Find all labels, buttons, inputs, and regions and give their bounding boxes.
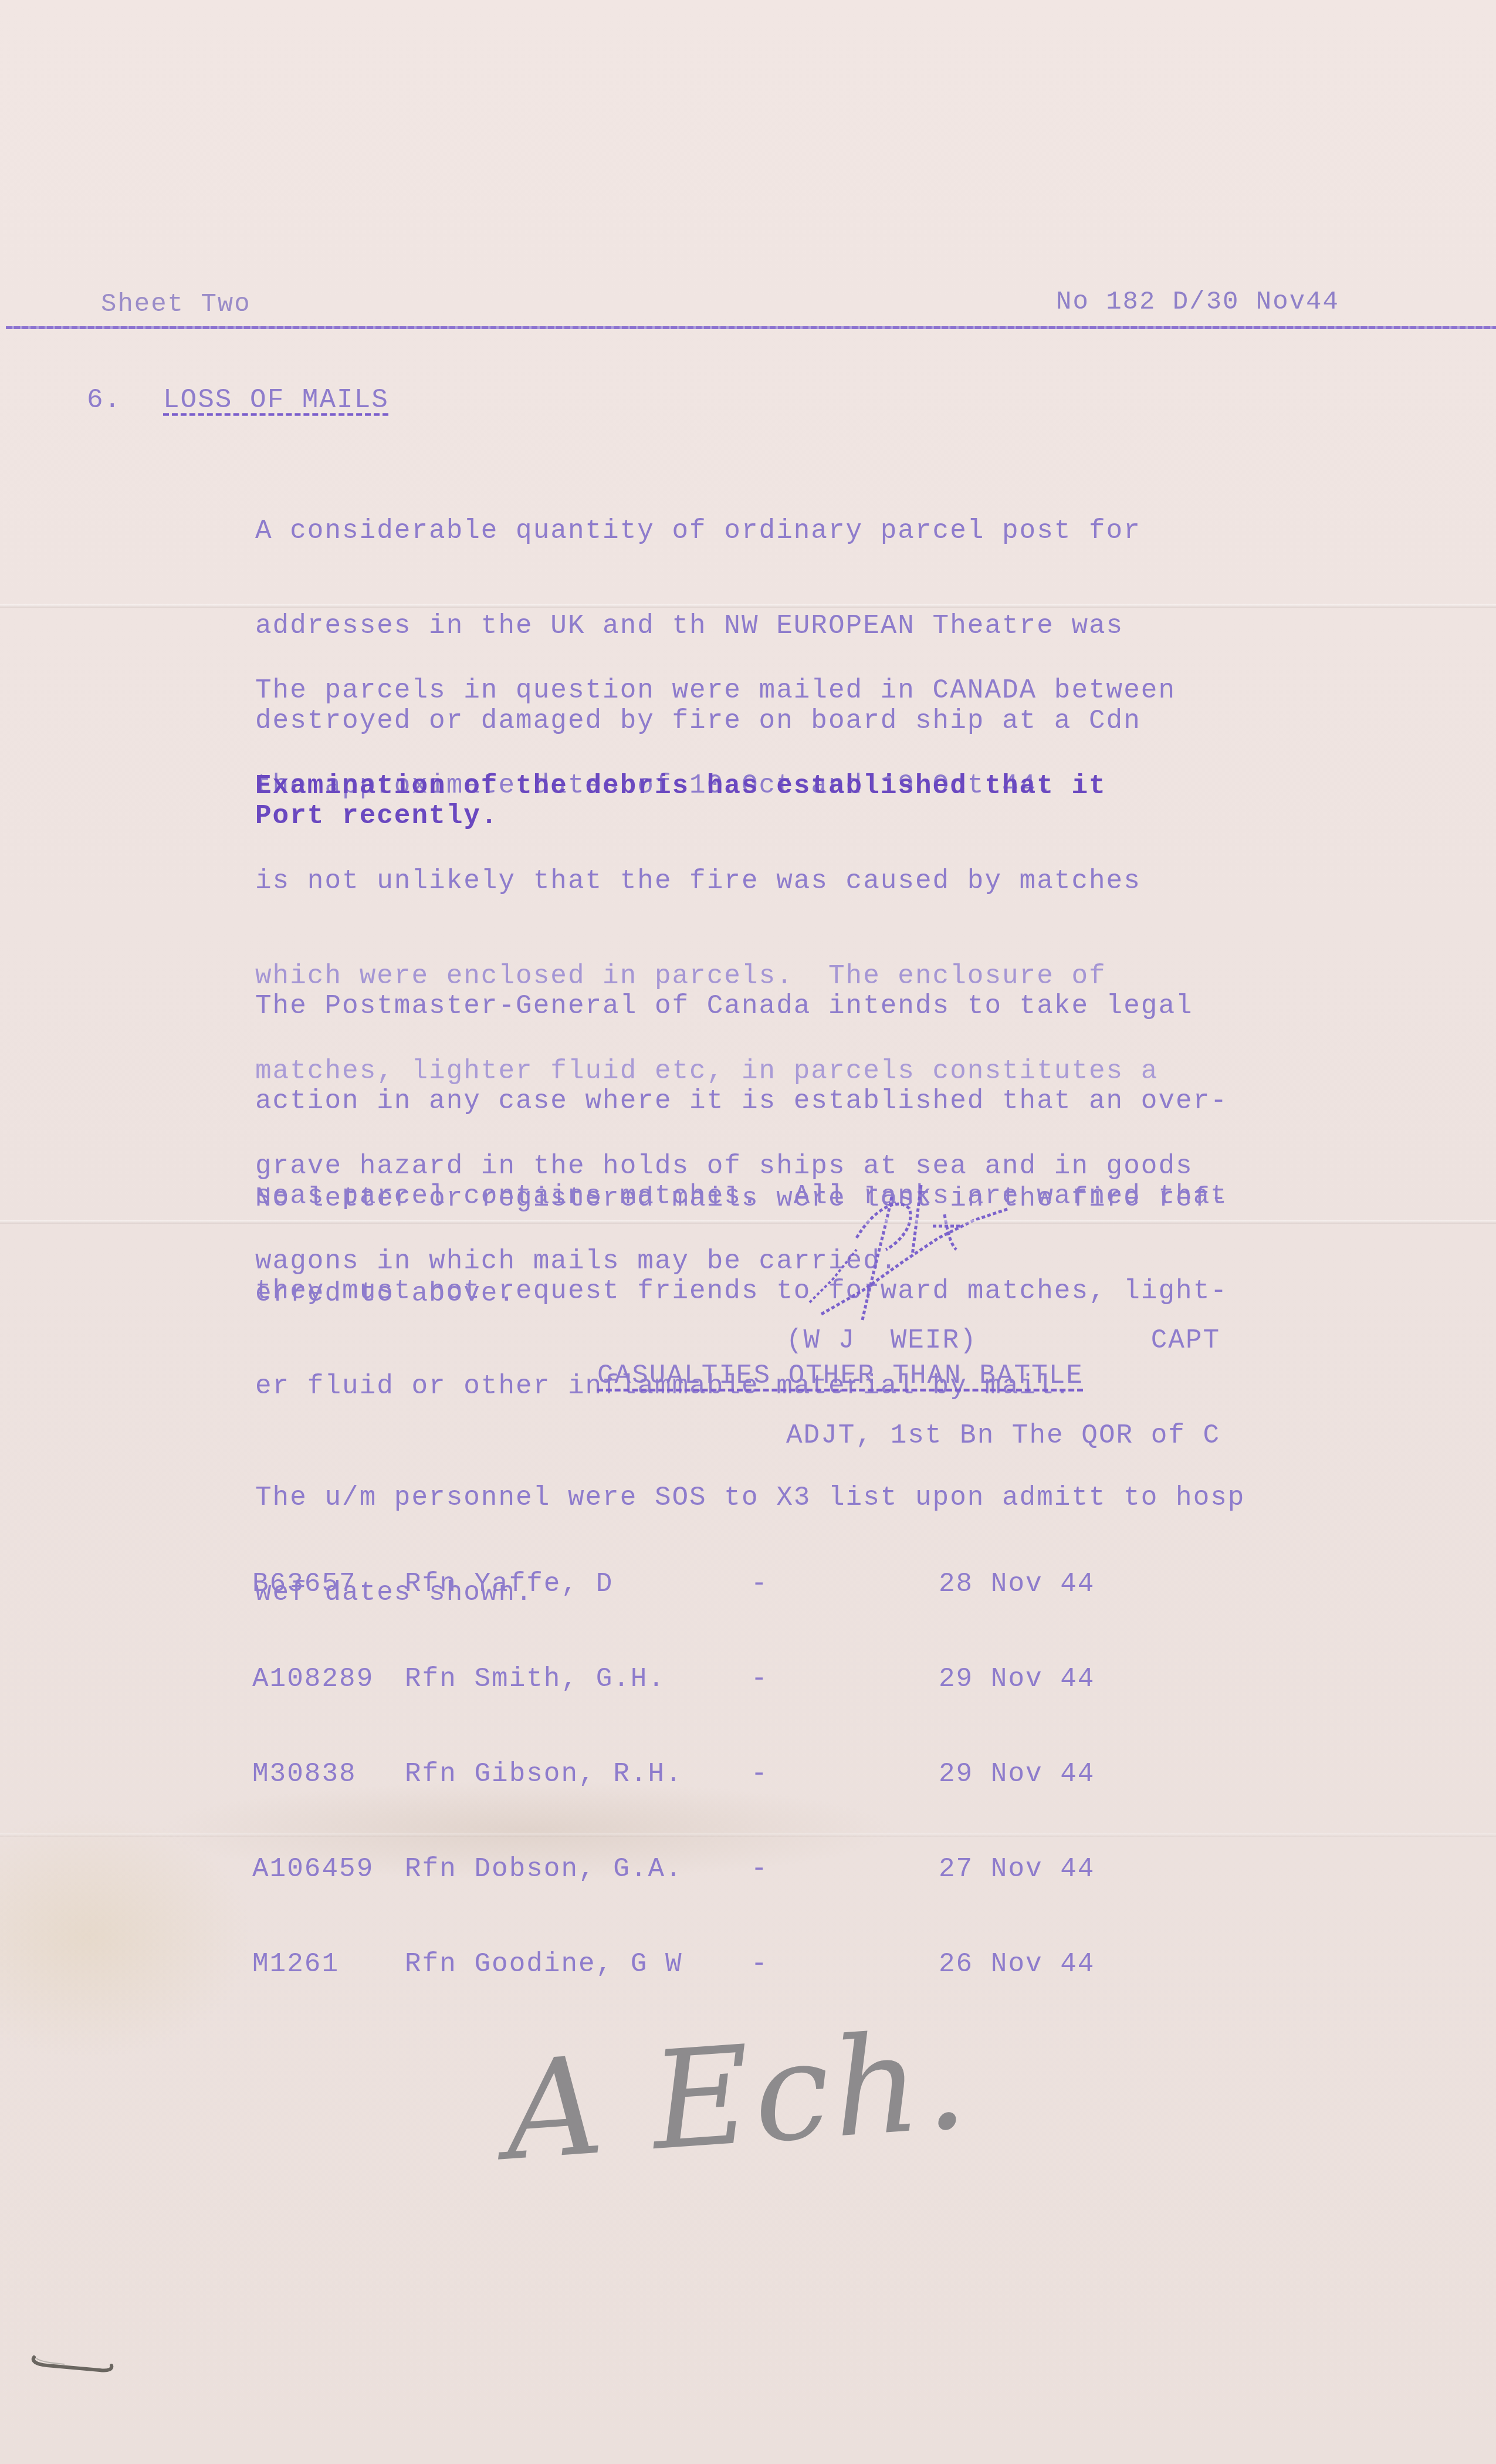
table-row: A108289 Rfn Smith, G.H. - 29 Nov 44: [252, 1663, 1173, 1695]
document-reference: No 182 D/30 Nov44: [1056, 286, 1339, 318]
service-number: A108289: [252, 1663, 405, 1695]
service-number: B63657: [252, 1568, 405, 1600]
separator: -: [751, 1568, 939, 1600]
table-row: M30838 Rfn Gibson, R.H. - 29 Nov 44: [252, 1758, 1173, 1790]
admit-date: 26 Nov 44: [939, 1948, 1173, 1980]
admit-date: 27 Nov 44: [939, 1853, 1173, 1885]
separator: -: [751, 1758, 939, 1790]
service-number: M30838: [252, 1758, 405, 1790]
pencil-annotation: A Ech.: [500, 2002, 975, 2191]
text-line: A considerable quantity of ordinary parc…: [255, 515, 1370, 547]
service-number: M1261: [252, 1948, 405, 1980]
section-title: LOSS OF MAILS: [163, 384, 389, 416]
service-number: A106459: [252, 1853, 405, 1885]
admit-date: 29 Nov 44: [939, 1663, 1173, 1695]
paper-fold: [0, 1833, 1496, 1837]
table-row: M1261 Rfn Goodine, G W - 26 Nov 44: [252, 1948, 1173, 1980]
person-name: Rfn Yaffe, D: [405, 1568, 751, 1600]
person-name: Rfn Goodine, G W: [405, 1948, 751, 1980]
table-row: A106459 Rfn Dobson, G.A. - 27 Nov 44: [252, 1853, 1173, 1885]
separator: -: [751, 1853, 939, 1885]
table-row: B63657 Rfn Yaffe, D - 28 Nov 44: [252, 1568, 1173, 1600]
casualties-list: B63657 Rfn Yaffe, D - 28 Nov 44 A108289 …: [252, 1505, 1173, 2012]
person-name: Rfn Dobson, G.A.: [405, 1853, 751, 1885]
sheet-label: Sheet Two: [101, 289, 251, 320]
separator: -: [751, 1663, 939, 1695]
text-line: The parcels in question were mailed in C…: [255, 675, 1370, 706]
paper-fold: [0, 1220, 1496, 1224]
person-name: Rfn Gibson, R.H.: [405, 1758, 751, 1790]
casualties-title: CASUALTIES OTHER THAN BATTLE: [597, 1360, 1084, 1392]
text-line: is not unlikely that the fire was caused…: [255, 865, 1370, 897]
text-line: action in any case where it is establish…: [255, 1085, 1370, 1117]
signatory-name: (W J WEIR) CAPT: [786, 1325, 1220, 1356]
header-divider: [6, 326, 1496, 329]
separator: -: [751, 1948, 939, 1980]
text-line: The Postmaster-General of Canada intends…: [255, 990, 1370, 1022]
staple-icon: [29, 2353, 117, 2376]
text-line: Examination of the debris has establishe…: [255, 770, 1370, 802]
section-number: 6.: [87, 384, 121, 416]
person-name: Rfn Smith, G.H.: [405, 1663, 751, 1695]
admit-date: 29 Nov 44: [939, 1758, 1173, 1790]
admit-date: 28 Nov 44: [939, 1568, 1173, 1600]
paper-fold: [0, 604, 1496, 608]
